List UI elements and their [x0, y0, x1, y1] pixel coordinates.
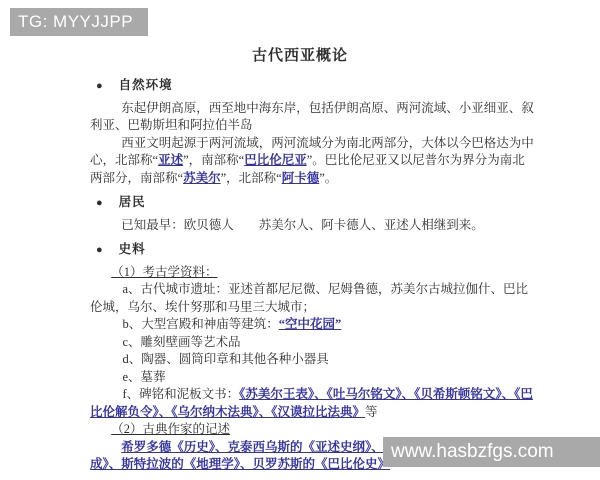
section-heading-row: ● 居民	[96, 194, 534, 213]
list-item-d: d、陶器、圆筒印章和其他各种小器具	[90, 351, 534, 369]
text-segment: f、碑铭和泥板文书：	[123, 387, 240, 401]
bullet-icon: ●	[96, 78, 103, 96]
list-item-b: b、大型宫殿和神庙等建筑：“空中花园”	[90, 316, 534, 334]
text-segment: c、雕刻壁画等艺术品	[123, 335, 241, 349]
list-item-c: c、雕刻壁画等艺术品	[90, 334, 534, 352]
subheading-archaeological: （1）考古学资料：	[90, 264, 534, 282]
list-item-f: f、碑铭和泥板文书：《苏美尔王表》、《吐马尔铭文》、《贝希斯顿铭文》、《巴比伦解…	[90, 386, 534, 421]
term-link[interactable]: 巴比伦尼亚	[244, 153, 307, 167]
text-segment: ”，南部称“	[183, 153, 244, 167]
term-link[interactable]: “空中花园”	[279, 317, 342, 331]
text-segment: （2）古典作家的记述	[111, 422, 230, 436]
text-segment: （1）考古学资料：	[111, 265, 217, 279]
list-item-a: a、古代城市遗址：亚述首都尼尼微、尼姆鲁德，苏美尔古城拉伽什、巴比伦城，乌尔、埃…	[90, 281, 534, 316]
watermark-bottom-right: www.hasbzfgs.com	[383, 437, 600, 467]
section-inhabitants: ● 居民 已知最早：欧贝德人 苏美尔人、阿卡德人、亚述人相继到来。	[90, 194, 534, 234]
section-heading: 自然环境	[119, 77, 173, 95]
paragraph: 已知最早：欧贝德人 苏美尔人、阿卡德人、亚述人相继到来。	[90, 217, 534, 235]
section-heading-row: ● 自然环境	[96, 77, 534, 96]
document-page: TG: MYYJJPP 古代西亚概论 ● 自然环境 东起伊朗高原，西至地中海东岸…	[0, 0, 600, 480]
list-item-e: e、墓葬	[90, 369, 534, 387]
text-segment: a、古代城市遗址：亚述首都尼尼微、尼姆鲁德，苏美尔古城拉伽什、巴比伦城，乌尔、埃…	[90, 282, 528, 314]
section-heading-row: ● 史料	[96, 241, 534, 260]
bullet-icon: ●	[96, 242, 103, 260]
text-segment: ”，北部称“	[221, 171, 282, 185]
term-link[interactable]: 阿卡德	[282, 171, 320, 185]
text-segment: d、陶器、圆筒印章和其他各种小器具	[123, 352, 329, 366]
section-heading: 史料	[119, 241, 146, 259]
watermark-top-left: TG: MYYJJPP	[10, 8, 148, 36]
term-link[interactable]: 苏美尔	[183, 171, 221, 185]
subheading-classical-authors: （2）古典作家的记述	[90, 421, 534, 439]
section-heading: 居民	[119, 194, 146, 212]
paragraph: 东起伊朗高原，西至地中海东岸，包括伊朗高原、两河流域、小亚细亚、叙利亚、巴勒斯坦…	[90, 100, 534, 135]
text-segment: b、大型宫殿和神庙等建筑：	[123, 317, 279, 331]
term-link[interactable]: 亚述	[158, 153, 183, 167]
text-segment: 东起伊朗高原，西至地中海东岸，包括伊朗高原、两河流域、小亚细亚、叙利亚、巴勒斯坦…	[90, 101, 534, 133]
bullet-icon: ●	[96, 195, 103, 213]
text-segment: 等	[365, 405, 378, 419]
text-segment: 已知最早：欧贝德人 苏美尔人、阿卡德人、亚述人相继到来。	[121, 218, 484, 232]
text-segment: ”。	[319, 171, 337, 185]
document-content: ● 自然环境 东起伊朗高原，西至地中海东岸，包括伊朗高原、两河流域、小亚细亚、叙…	[90, 77, 534, 474]
section-natural-environment: ● 自然环境 东起伊朗高原，西至地中海东岸，包括伊朗高原、两河流域、小亚细亚、叙…	[90, 77, 534, 187]
paragraph: 西亚文明起源于两河流域，两河流域分为南北两部分，大体以今巴格达为中心，北部称“亚…	[90, 135, 534, 188]
text-segment: e、墓葬	[123, 370, 166, 384]
